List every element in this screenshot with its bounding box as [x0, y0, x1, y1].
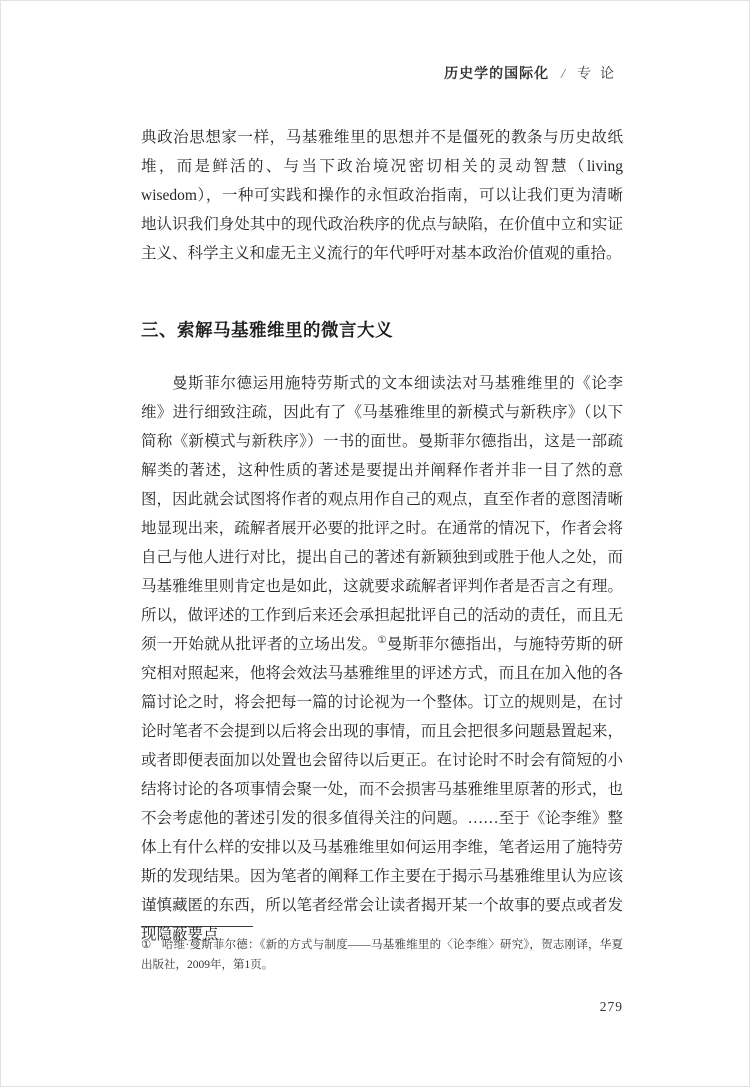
page-number: 279: [141, 999, 623, 1015]
header-section-label: 专论: [577, 67, 623, 82]
paragraph-main-part1: 曼斯菲尔德运用施特劳斯式的文本细读法对马基雅维里的《论李维》进行细致注疏，因此有…: [141, 375, 623, 653]
section-heading: 三、索解马基雅维里的微言大义: [141, 317, 623, 342]
document-page: 历史学的国际化/专论 典政治思想家一样，马基雅维里的思想并不是僵死的教条与历史故…: [0, 0, 750, 1087]
footnote-divider: [141, 926, 253, 927]
footnote-reference-marker: ①: [378, 635, 387, 646]
header-title: 历史学的国际化: [444, 67, 549, 82]
footnote: ①哈维·曼斯菲尔德：《新的方式与制度——马基雅维里的〈论李维〉研究》，贺志刚译，…: [141, 935, 623, 975]
paragraph-continuation: 典政治思想家一样，马基雅维里的思想并不是僵死的教条与历史故纸堆，而是鲜活的、与当…: [141, 123, 623, 268]
paragraph-main-part2: 曼斯菲尔德指出，与施特劳斯的研究相对照起来，他将会效法马基雅维里的评述方式，而且…: [141, 636, 623, 943]
running-header: 历史学的国际化/专论: [141, 63, 623, 83]
footnote-marker: ①: [141, 939, 152, 951]
paragraph-main: 曼斯菲尔德运用施特劳斯式的文本细读法对马基雅维里的《论李维》进行细致注疏，因此有…: [141, 369, 623, 949]
header-separator: /: [561, 67, 565, 82]
footnote-text: 哈维·曼斯菲尔德：《新的方式与制度——马基雅维里的〈论李维〉研究》，贺志刚译，华…: [141, 939, 623, 971]
